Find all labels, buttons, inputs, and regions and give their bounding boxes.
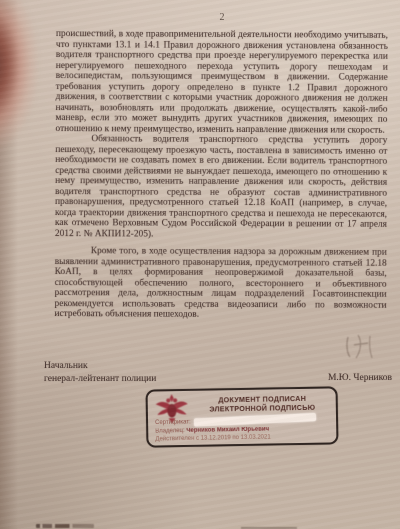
body-paragraph: Обязанность водителя транспортного средс… [55,134,388,241]
scanned-page-photo: 2 происшествий, в ходе правоприменительн… [0,0,400,529]
signature-block: Начальник генерал-лейтенант полиции М.Ю.… [44,360,392,386]
owner-label: Владелец: [155,428,185,435]
cut-off-text-fragment [36,524,94,528]
electronic-signature-stamp: ДОКУМЕНТ ПОДПИСАН ЭЛЕКТРОННОЙ ПОДПИСЬЮ С… [146,386,339,447]
redaction-strip [194,413,316,426]
page-number: 2 [57,12,387,23]
bottom-faint-line [241,527,297,529]
owner-name: Черников Михаил Юрьевич [186,426,269,433]
document-body: происшествий, в ходе правоприменительной… [54,29,388,321]
signer-name: М.Ю. Черников [328,372,392,385]
stamp-title: ДОКУМЕНТ ПОДПИСАН ЭЛЕКТРОННОЙ ПОДПИСЬЮ [192,394,333,414]
body-paragraph: происшествий, в ходе правоприменительной… [55,29,388,136]
validity-line: Действителен с 13.12.2019 по 13.03.2021 [155,433,331,443]
certificate-label: Сертификат: [155,419,191,426]
body-paragraph: Кроме того, в ходе осуществления надзора… [54,246,386,321]
